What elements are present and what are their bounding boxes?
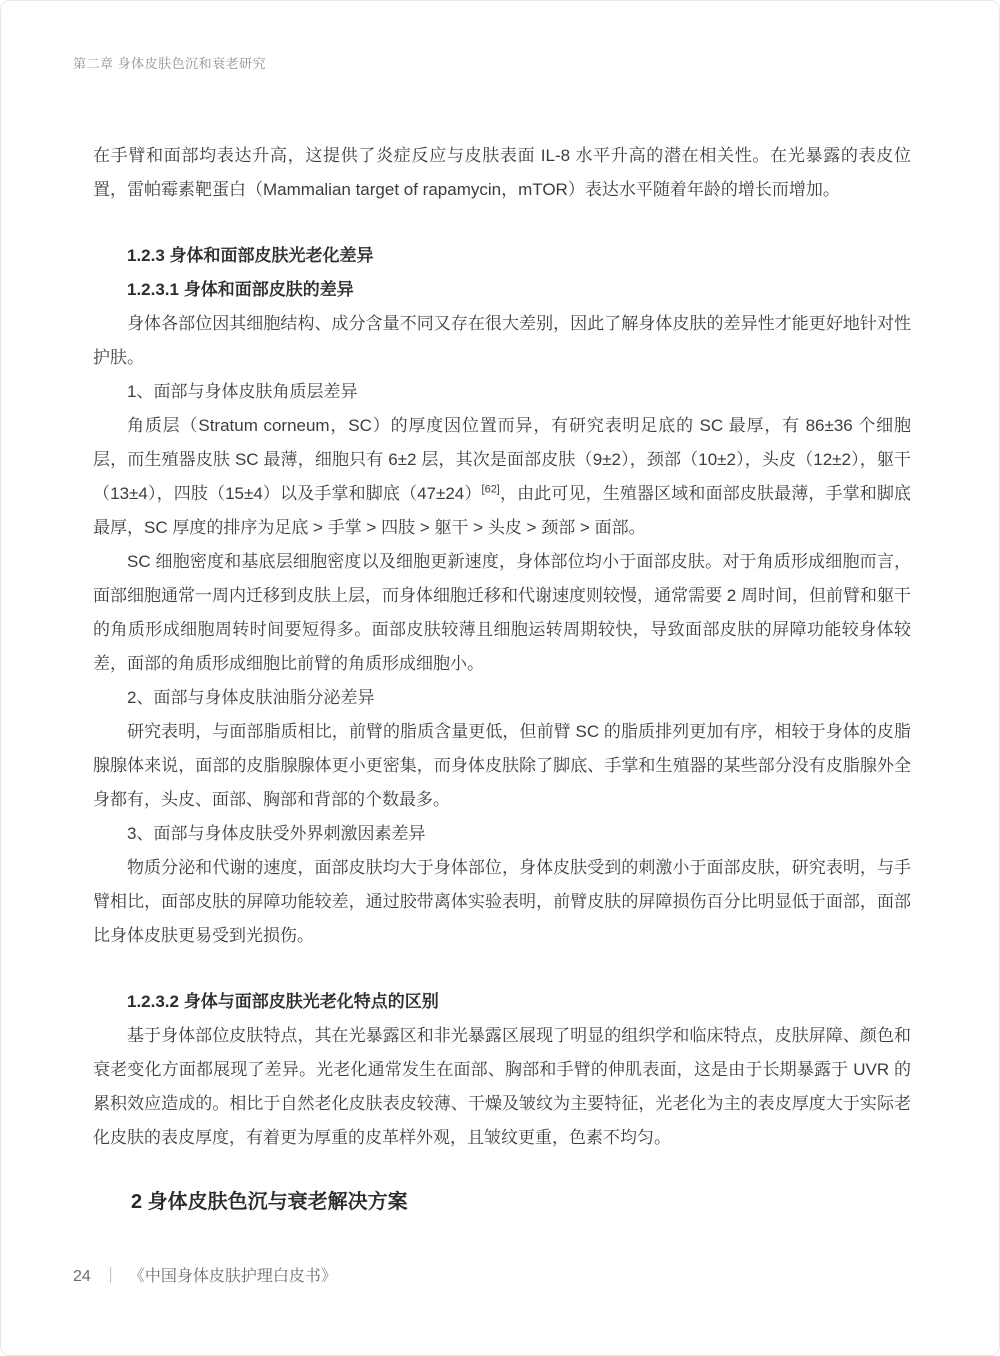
paragraph-external-stimulus: 物质分泌和代谢的速度，面部皮肤均大于身体部位，身体皮肤受到的刺激小于面部皮肤，研… <box>93 851 911 953</box>
paragraph-body-difference: 身体各部位因其细胞结构、成分含量不同又存在很大差别，因此了解身体皮肤的差异性才能… <box>93 307 911 375</box>
paragraph-sebum: 研究表明，与面部脂质相比，前臂的脂质含量更低，但前臂 SC 的脂质排列更加有序，… <box>93 715 911 817</box>
list-item-1-title: 1、面部与身体皮肤角质层差异 <box>93 375 911 409</box>
list-item-3-title: 3、面部与身体皮肤受外界刺激因素差异 <box>93 817 911 851</box>
citation-ref-62: [62] <box>482 483 500 495</box>
list-item-2-title: 2、面部与身体皮肤油脂分泌差异 <box>93 681 911 715</box>
page-number: 24 <box>73 1265 91 1289</box>
running-chapter-title: 第二章 身体皮肤色沉和衰老研究 <box>73 56 266 71</box>
page-content: 在手臂和面部均表达升高，这提供了炎症反应与皮肤表面 IL-8 水平升高的潜在相关… <box>93 139 911 1219</box>
footer-separator: ｜ <box>103 1265 119 1289</box>
section-heading-1-2-3-2: 1.2.3.2 身体与面部皮肤光老化特点的区别 <box>93 985 911 1019</box>
section-heading-1-2-3-1: 1.2.3.1 身体和面部皮肤的差异 <box>93 273 911 307</box>
page-footer: 24 ｜ 《中国身体皮肤护理白皮书》 <box>73 1265 337 1289</box>
chapter-2-heading: 2 身体皮肤色沉与衰老解决方案 <box>93 1185 911 1219</box>
document-page: 第二章 身体皮肤色沉和衰老研究 在手臂和面部均表达升高，这提供了炎症反应与皮肤表… <box>0 0 1000 1356</box>
book-title: 《中国身体皮肤护理白皮书》 <box>129 1265 337 1289</box>
page-header: 第二章 身体皮肤色沉和衰老研究 <box>73 53 266 72</box>
section-heading-1-2-3: 1.2.3 身体和面部皮肤光老化差异 <box>93 239 911 273</box>
paragraph-il8-mtor: 在手臂和面部均表达升高，这提供了炎症反应与皮肤表面 IL-8 水平升高的潜在相关… <box>93 139 911 207</box>
paragraph-stratum-corneum: 角质层（Stratum corneum，SC）的厚度因位置而异，有研究表明足底的… <box>93 409 911 545</box>
paragraph-cell-density: SC 细胞密度和基底层细胞密度以及细胞更新速度，身体部位均小于面部皮肤。对于角质… <box>93 545 911 681</box>
paragraph-photoaging: 基于身体部位皮肤特点，其在光暴露区和非光暴露区展现了明显的组织学和临床特点，皮肤… <box>93 1019 911 1155</box>
